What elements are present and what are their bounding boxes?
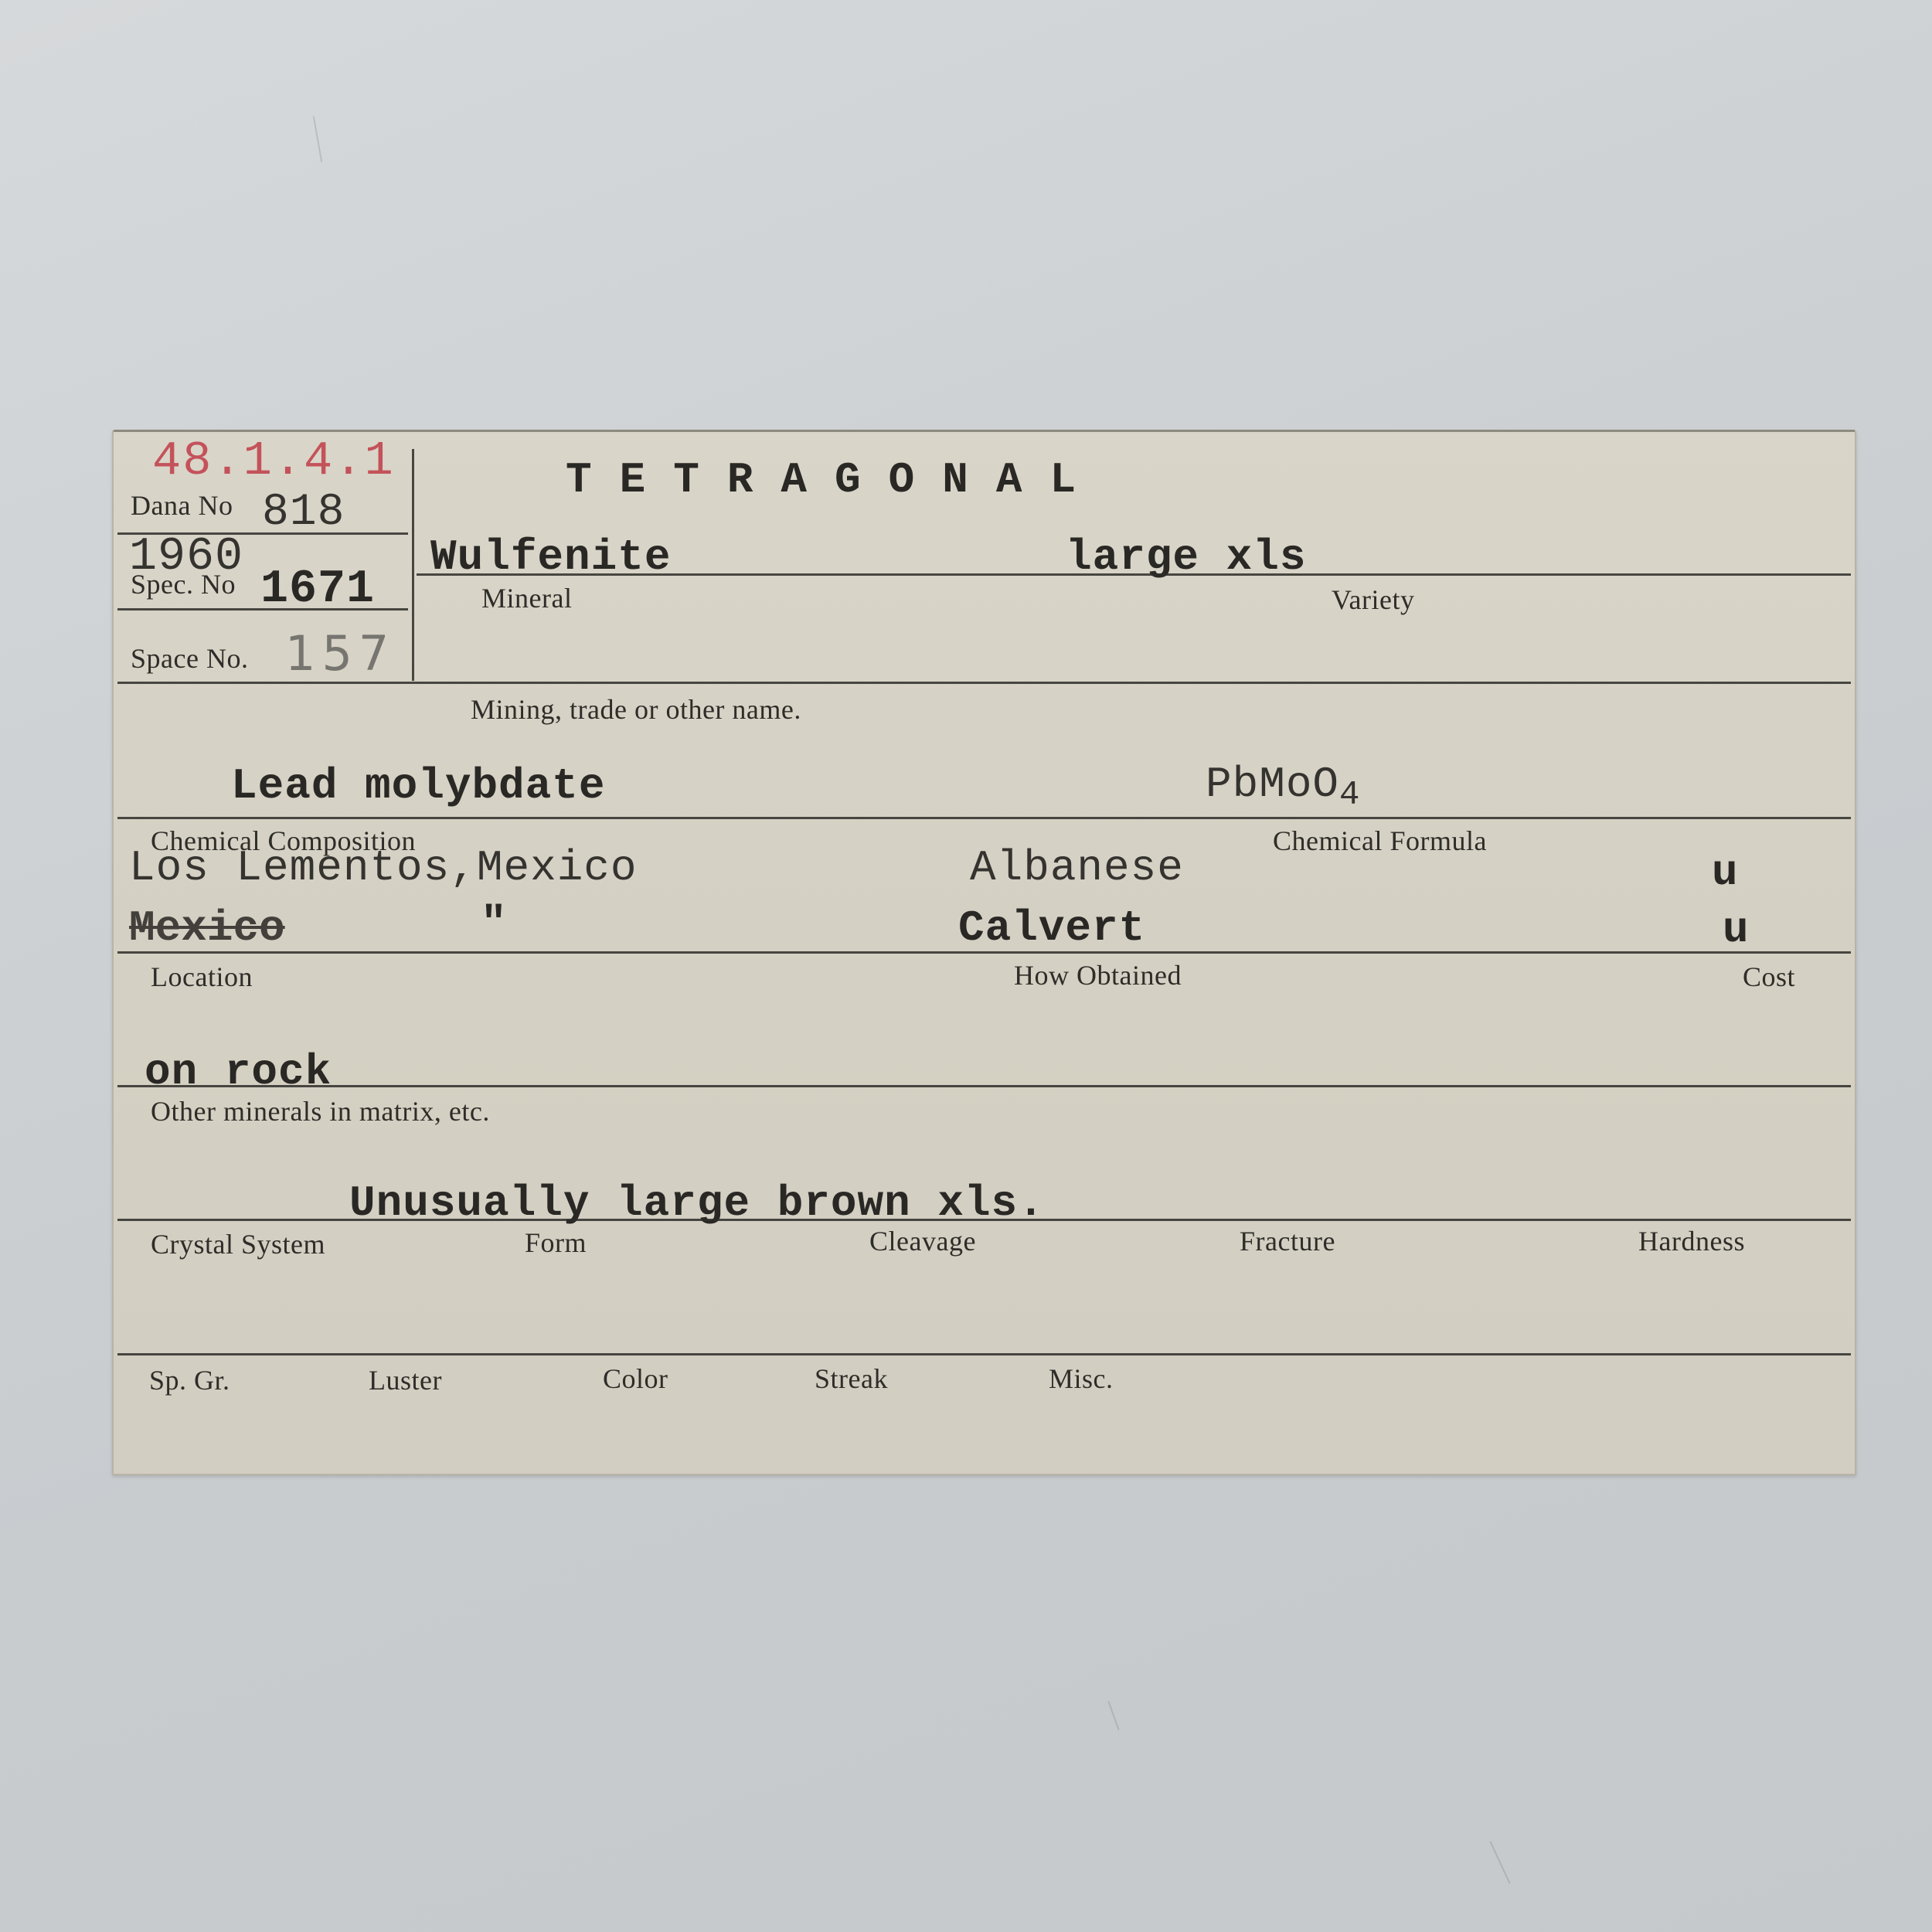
mining-name-label: Mining, trade or other name. <box>471 693 801 726</box>
chemical-formula-value: PbMoO4 <box>1206 760 1360 809</box>
fracture-label: Fracture <box>1240 1225 1335 1257</box>
how-obtained-label: How Obtained <box>1014 959 1182 992</box>
form-label: Form <box>525 1226 587 1259</box>
hardness-label: Hardness <box>1638 1225 1745 1257</box>
other-minerals-rule <box>117 1085 1851 1087</box>
properties-rule <box>117 1353 1851 1355</box>
crystal-system-header: TETRAGONAL <box>566 455 1104 505</box>
chemical-rule <box>117 817 1851 819</box>
remarks-rule <box>117 1219 1851 1221</box>
how-obtained-line1: Albanese <box>970 843 1184 893</box>
cost-line1: u <box>1712 848 1739 897</box>
dana-no-label: Dana No <box>131 489 233 522</box>
location-line2-struck: Mexico <box>129 903 285 953</box>
location-label: Location <box>151 961 253 993</box>
streak-label: Streak <box>815 1362 888 1395</box>
header-box-divider <box>412 449 414 681</box>
luster-label: Luster <box>369 1364 442 1396</box>
location-line1: Los Lementos,Mexico <box>129 843 638 893</box>
surface-scratch <box>1107 1701 1120 1730</box>
how-obtained-line2: Calvert <box>958 903 1145 953</box>
variety-label: Variety <box>1332 583 1414 616</box>
space-no-label: Space No. <box>131 642 248 675</box>
other-minerals-value: on rock <box>145 1047 332 1097</box>
classification-number: 48.1.4.1 <box>152 434 395 488</box>
chemical-formula-main: PbMoO <box>1206 760 1339 809</box>
mining-rule <box>117 682 1851 684</box>
cost-line2: u <box>1723 905 1750 954</box>
location-rule <box>117 951 1851 954</box>
color-label: Color <box>603 1362 668 1395</box>
sp-gr-label: Sp. Gr. <box>149 1364 230 1396</box>
crystal-system-label: Crystal System <box>151 1228 325 1260</box>
chemical-formula-label: Chemical Formula <box>1273 825 1487 857</box>
spec-no-label: Spec. No <box>131 568 236 600</box>
cost-label: Cost <box>1743 961 1795 993</box>
location-ditto: " <box>481 899 508 948</box>
dana-no-value: 818 <box>262 488 345 538</box>
cleavage-label: Cleavage <box>869 1225 976 1257</box>
surface-scratch <box>313 116 322 162</box>
surface-scratch <box>1489 1841 1510 1883</box>
misc-label: Misc. <box>1049 1362 1114 1395</box>
chemical-composition-value: Lead molybdate <box>231 761 605 811</box>
mineral-specimen-card: 48.1.4.1 Dana No 818 1960 Spec. No 1671 … <box>112 430 1856 1475</box>
space-no-value: 157 <box>285 625 395 682</box>
chemical-formula-subscript: 4 <box>1339 776 1360 815</box>
other-minerals-label: Other minerals in matrix, etc. <box>151 1095 490 1128</box>
mineral-rule <box>417 573 1851 576</box>
mineral-label: Mineral <box>481 582 572 614</box>
spec-no-rule <box>117 608 408 611</box>
